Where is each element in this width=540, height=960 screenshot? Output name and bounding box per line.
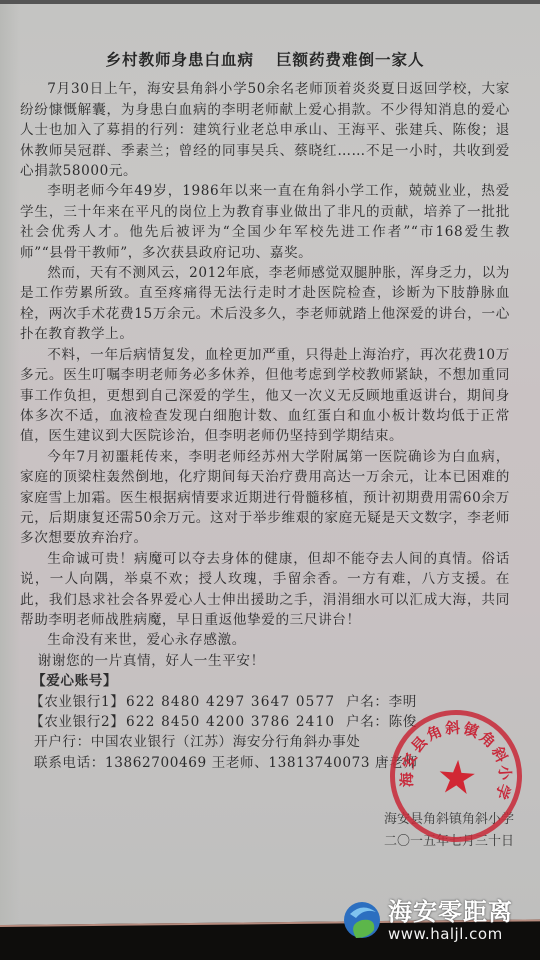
paper-shadow <box>0 0 20 925</box>
paragraph-5: 今年7月初噩耗传来，李明老师经苏州大学附属第一医院确诊为白血病，家庭的顶梁柱轰然… <box>20 447 510 549</box>
paragraph-2: 李明老师今年49岁，1986年以来一直在角斜小学工作，兢兢业业，热爱学生，三十年… <box>20 181 510 263</box>
paragraph-3: 然而，天有不测风云，2012年底，李老师感觉双腿肿胀，浑身乏力，以为是工作劳累所… <box>20 263 510 345</box>
paragraph-7: 生命没有来世，爱心永存感激。 <box>20 630 510 650</box>
title-part-2: 巨额药费难倒一家人 <box>276 51 425 69</box>
account-bank: 【农业银行1】 <box>30 692 126 712</box>
paragraph-4: 不料，一年后病情复发，血栓更加严重，只得赴上海治疗，再次花费10万多元。医生叮嘱… <box>20 345 510 447</box>
title-part-1: 乡村教师身患白血病 <box>105 51 254 69</box>
site-watermark: 海安零距离 www.haljl.com <box>342 898 513 942</box>
account-number: 622 8480 4297 3647 0577 <box>126 692 346 712</box>
haljl-logo-icon <box>342 900 382 940</box>
top-edge <box>0 0 540 4</box>
paragraph-1: 7月30日上午，海安县角斜小学50余名老师顶着炎炎夏日返回学校，大家纷纷慷慨解囊… <box>20 79 510 181</box>
account-bank: 【农业银行2】 <box>30 712 126 732</box>
official-seal: 海安县角斜镇角斜小学 ★ <box>386 706 527 847</box>
document-body: 乡村教师身患白血病巨额药费难倒一家人 7月30日上午，海安县角斜小学50余名老师… <box>20 50 510 773</box>
star-icon: ★ <box>433 754 480 801</box>
paragraph-6: 生命诚可贵！病魔可以夺去身体的健康，但却不能夺去人间的真情。俗话说，一人向隅，举… <box>20 549 510 631</box>
account-holder: 户名：李明 <box>346 692 417 712</box>
account-number: 622 8450 4200 3786 2410 <box>126 712 346 732</box>
accounts-heading: 【爱心账号】 <box>32 671 510 691</box>
document-title: 乡村教师身患白血病巨额药费难倒一家人 <box>20 50 510 70</box>
account-row-1: 【农业银行1】 622 8480 4297 3647 0577 户名：李明 <box>30 692 510 712</box>
watermark-name: 海安零距离 <box>388 898 513 926</box>
watermark-url: www.haljl.com <box>388 926 513 942</box>
thanks-line: 谢谢您的一片真情，好人一生平安！ <box>20 651 510 671</box>
